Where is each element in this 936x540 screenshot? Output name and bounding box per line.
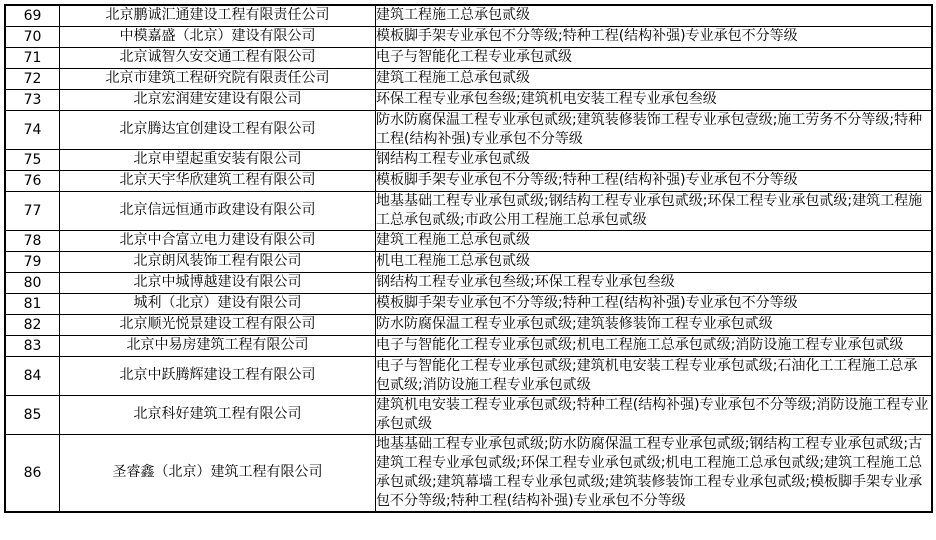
company-name-cell: 北京申望起重安装有限公司: [60, 149, 376, 170]
company-name-cell: 北京顺光悦景建设工程有限公司: [60, 314, 376, 335]
qualification-cell: 电子与智能化工程专业承包贰级;机电工程施工总承包贰级;消防设施工程专业承包贰级: [376, 335, 933, 356]
company-name-cell: 北京诚智久安交通工程有限公司: [60, 47, 376, 68]
company-name-cell: 北京中城博越建设有限公司: [60, 272, 376, 293]
qualification-cell: 建筑工程施工总承包贰级: [376, 230, 933, 251]
row-number-cell: 82: [5, 314, 60, 335]
row-number-cell: 85: [5, 395, 60, 434]
qualification-cell: 模板脚手架专业承包不分等级;特种工程(结构补强)专业承包不分等级: [376, 293, 933, 314]
row-number-cell: 74: [5, 110, 60, 149]
qualification-cell: 建筑工程施工总承包贰级: [376, 68, 933, 89]
company-name-cell: 北京中易房建筑工程有限公司: [60, 335, 376, 356]
qualification-cell: 模板脚手架专业承包不分等级;特种工程(结构补强)专业承包不分等级: [376, 26, 933, 47]
table-row: 73 北京宏润建安建设有限公司 环保工程专业承包叁级;建筑机电安装工程专业承包叁…: [5, 89, 932, 110]
qualification-cell: 模板脚手架专业承包不分等级;特种工程(结构补强)专业承包不分等级: [376, 170, 933, 191]
row-number-cell: 76: [5, 170, 60, 191]
qualification-cell: 钢结构工程专业承包叁级;环保工程专业承包叁级: [376, 272, 933, 293]
company-name-cell: 北京中合富立电力建设有限公司: [60, 230, 376, 251]
row-number-cell: 83: [5, 335, 60, 356]
table-row: 79 北京朗风装饰工程有限公司 机电工程施工总承包贰级: [5, 251, 932, 272]
row-number-cell: 75: [5, 149, 60, 170]
table-row: 84 北京中跃腾辉建设工程有限公司 电子与智能化工程专业承包贰级;建筑机电安装工…: [5, 356, 932, 395]
row-number-cell: 71: [5, 47, 60, 68]
company-name-cell: 北京朗风装饰工程有限公司: [60, 251, 376, 272]
table-row: 86 圣睿鑫（北京）建筑工程有限公司 地基基础工程专业承包贰级;防水防腐保温工程…: [5, 434, 932, 512]
row-number-cell: 70: [5, 26, 60, 47]
table-row: 71 北京诚智久安交通工程有限公司 电子与智能化工程专业承包贰级: [5, 47, 932, 68]
qualification-cell: 建筑工程施工总承包贰级: [376, 5, 933, 26]
qualification-cell: 电子与智能化工程专业承包贰级: [376, 47, 933, 68]
table-body: 69 北京鹏诚汇通建设工程有限责任公司 建筑工程施工总承包贰级 70 中模嘉盛（…: [5, 5, 932, 512]
qualification-cell: 建筑机电安装工程专业承包贰级;特种工程(结构补强)专业承包不分等级;消防设施工程…: [376, 395, 933, 434]
table-row: 78 北京中合富立电力建设有限公司 建筑工程施工总承包贰级: [5, 230, 932, 251]
row-number-cell: 78: [5, 230, 60, 251]
row-number-cell: 84: [5, 356, 60, 395]
row-number-cell: 80: [5, 272, 60, 293]
qualification-cell: 电子与智能化工程专业承包贰级;建筑机电安装工程专业承包贰级;石油化工工程施工总承…: [376, 356, 933, 395]
company-name-cell: 北京中跃腾辉建设工程有限公司: [60, 356, 376, 395]
company-name-cell: 北京信远恒通市政建设有限公司: [60, 191, 376, 230]
table-row: 77 北京信远恒通市政建设有限公司 地基基础工程专业承包贰级;钢结构工程专业承包…: [5, 191, 932, 230]
row-number-cell: 81: [5, 293, 60, 314]
qualification-cell: 防水防腐保温工程专业承包贰级;建筑装修装饰工程专业承包壹级;施工劳务不分等级;特…: [376, 110, 933, 149]
table-row: 76 北京天宇华欣建筑工程有限公司 模板脚手架专业承包不分等级;特种工程(结构补…: [5, 170, 932, 191]
table-row: 80 北京中城博越建设有限公司 钢结构工程专业承包叁级;环保工程专业承包叁级: [5, 272, 932, 293]
table-row: 83 北京中易房建筑工程有限公司 电子与智能化工程专业承包贰级;机电工程施工总承…: [5, 335, 932, 356]
row-number-cell: 72: [5, 68, 60, 89]
qualification-cell: 防水防腐保温工程专业承包贰级;建筑装修装饰工程专业承包贰级: [376, 314, 933, 335]
company-name-cell: 北京科好建筑工程有限公司: [60, 395, 376, 434]
row-number-cell: 69: [5, 5, 60, 26]
table-row: 75 北京申望起重安装有限公司 钢结构工程专业承包贰级: [5, 149, 932, 170]
company-name-cell: 中模嘉盛（北京）建设有限公司: [60, 26, 376, 47]
qualification-cell: 环保工程专业承包叁级;建筑机电安装工程专业承包叁级: [376, 89, 933, 110]
company-name-cell: 北京天宇华欣建筑工程有限公司: [60, 170, 376, 191]
table-row: 72 北京市建筑工程研究院有限责任公司 建筑工程施工总承包贰级: [5, 68, 932, 89]
table-row: 70 中模嘉盛（北京）建设有限公司 模板脚手架专业承包不分等级;特种工程(结构补…: [5, 26, 932, 47]
table-row: 82 北京顺光悦景建设工程有限公司 防水防腐保温工程专业承包贰级;建筑装修装饰工…: [5, 314, 932, 335]
page: 69 北京鹏诚汇通建设工程有限责任公司 建筑工程施工总承包贰级 70 中模嘉盛（…: [0, 0, 936, 540]
company-name-cell: 北京宏润建安建设有限公司: [60, 89, 376, 110]
company-name-cell: 北京腾达宜创建设工程有限公司: [60, 110, 376, 149]
qualification-table: 69 北京鹏诚汇通建设工程有限责任公司 建筑工程施工总承包贰级 70 中模嘉盛（…: [4, 4, 933, 513]
row-number-cell: 79: [5, 251, 60, 272]
table-row: 81 城利（北京）建设有限公司 模板脚手架专业承包不分等级;特种工程(结构补强)…: [5, 293, 932, 314]
qualification-cell: 地基基础工程专业承包贰级;钢结构工程专业承包贰级;环保工程专业承包贰级;建筑工程…: [376, 191, 933, 230]
table-row: 74 北京腾达宜创建设工程有限公司 防水防腐保温工程专业承包贰级;建筑装修装饰工…: [5, 110, 932, 149]
company-name-cell: 城利（北京）建设有限公司: [60, 293, 376, 314]
table-row: 85 北京科好建筑工程有限公司 建筑机电安装工程专业承包贰级;特种工程(结构补强…: [5, 395, 932, 434]
qualification-cell: 地基基础工程专业承包贰级;防水防腐保温工程专业承包贰级;钢结构工程专业承包贰级;…: [376, 434, 933, 512]
qualification-cell: 钢结构工程专业承包贰级: [376, 149, 933, 170]
table-row: 69 北京鹏诚汇通建设工程有限责任公司 建筑工程施工总承包贰级: [5, 5, 932, 26]
row-number-cell: 73: [5, 89, 60, 110]
company-name-cell: 圣睿鑫（北京）建筑工程有限公司: [60, 434, 376, 512]
row-number-cell: 86: [5, 434, 60, 512]
company-name-cell: 北京鹏诚汇通建设工程有限责任公司: [60, 5, 376, 26]
row-number-cell: 77: [5, 191, 60, 230]
company-name-cell: 北京市建筑工程研究院有限责任公司: [60, 68, 376, 89]
qualification-cell: 机电工程施工总承包贰级: [376, 251, 933, 272]
